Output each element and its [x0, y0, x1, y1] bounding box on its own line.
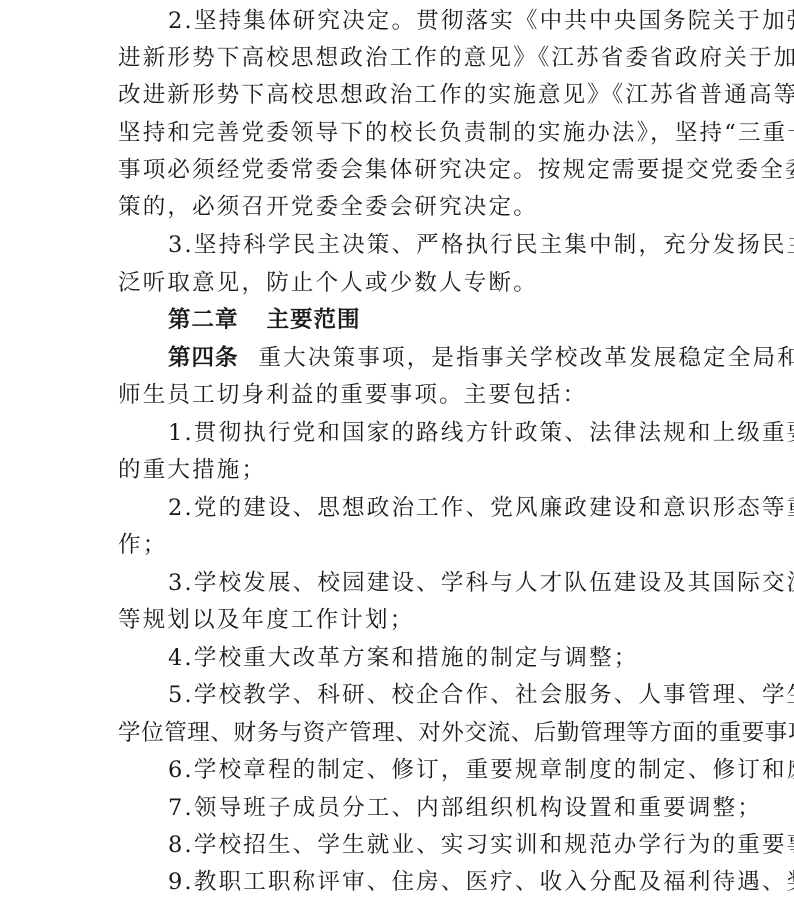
chapter-heading: 第二章主要范围	[168, 307, 674, 333]
list-item: 7.领导班子成员分工、内部组织机构设置和重要调整；	[168, 795, 674, 821]
paragraph-line: 3.坚持科学民主决策、严格执行民主集中制，充分发扬民主，广	[168, 232, 674, 258]
chapter-title: 主要范围	[267, 307, 361, 333]
paragraph-line: 进新形势下高校思想政治工作的意见》《江苏省委省政府关于加强和	[118, 45, 674, 71]
paragraph-line: 事项必须经党委常委会集体研究决定。按规定需要提交党委全委会决	[118, 157, 674, 183]
paragraph-line: 改进新形势下高校思想政治工作的实施意见》《江苏省普通高等学校	[118, 82, 674, 108]
list-item: 5.学校教学、科研、校企合作、社会服务、人事管理、学生管理、	[168, 682, 674, 708]
list-item: 6.学校章程的制定、修订，重要规章制度的制定、修订和废除；	[168, 757, 674, 783]
list-item-continuation: 作；	[118, 532, 674, 558]
article-line: 师生员工切身利益的重要事项。主要包括：	[118, 382, 674, 408]
list-item: 9.教职工职称评审、住房、医疗、收入分配及福利待遇、奖惩，	[168, 869, 674, 895]
article-text: 重大决策事项，是指事关学校改革发展稳定全局和广大	[259, 345, 794, 371]
list-item-continuation: 学位管理、财务与资产管理、对外交流、后勤管理等方面的重要事项；	[118, 720, 674, 746]
paragraph-line: 策的，必须召开党委全委会研究决定。	[118, 194, 674, 220]
paragraph-line: 泛听取意见，防止个人或少数人专断。	[118, 270, 674, 296]
list-item: 3.学校发展、校园建设、学科与人才队伍建设及其国际交流合作	[168, 570, 674, 596]
article-line: 第四条重大决策事项，是指事关学校改革发展稳定全局和广大	[168, 345, 674, 371]
list-item-continuation: 的重大措施；	[118, 457, 674, 483]
paragraph-line: 2.坚持集体研究决定。贯彻落实《中共中央国务院关于加强和改	[168, 8, 674, 34]
list-item: 8.学校招生、学生就业、实习实训和规范办学行为的重要事项；	[168, 832, 674, 858]
chapter-label: 第二章	[168, 307, 239, 333]
paragraph-line: 坚持和完善党委领导下的校长负责制的实施办法》，坚持“三重一大”	[118, 120, 674, 146]
list-item: 2.党的建设、思想政治工作、党风廉政建设和意识形态等重要工	[168, 495, 674, 521]
list-item-continuation: 等规划以及年度工作计划；	[118, 607, 674, 633]
article-label: 第四条	[168, 345, 239, 371]
document-page: 2.坚持集体研究决定。贯彻落实《中共中央国务院关于加强和改 进新形势下高校思想政…	[0, 0, 794, 897]
list-item: 1.贯彻执行党和国家的路线方针政策、法律法规和上级重要决定	[168, 420, 674, 446]
list-item: 4.学校重大改革方案和措施的制定与调整；	[168, 645, 674, 671]
